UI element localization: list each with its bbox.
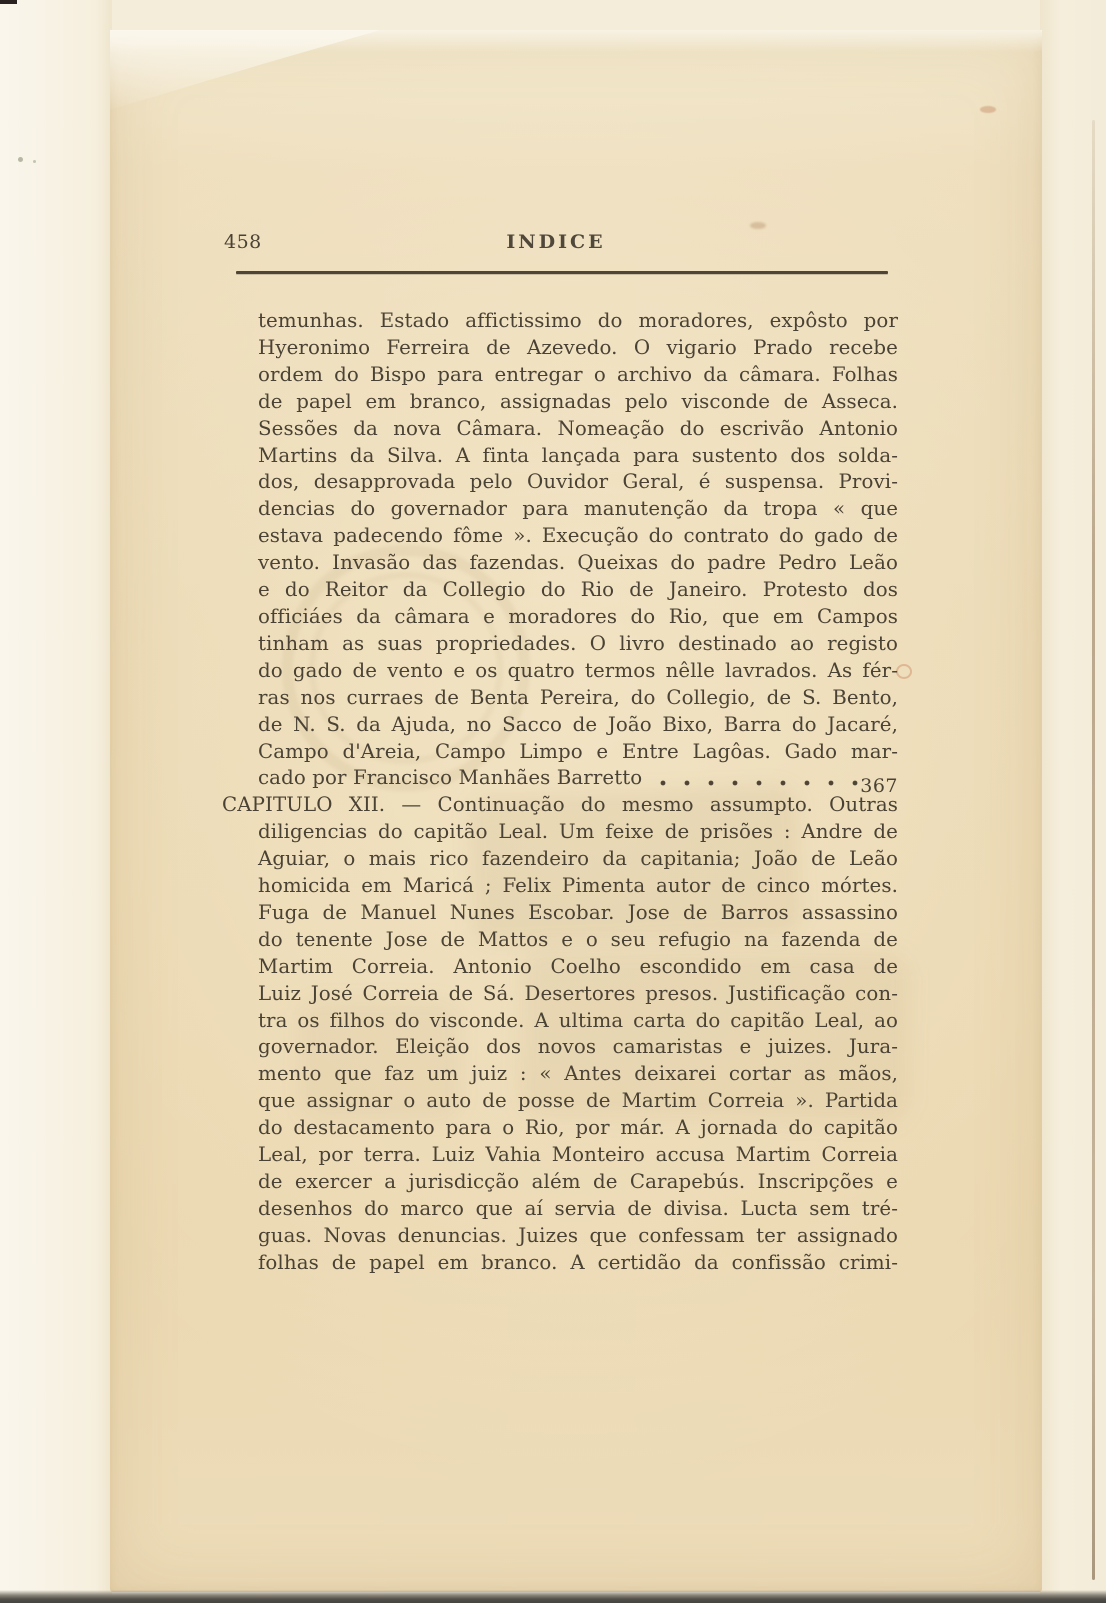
underlying-page-left-edge — [0, 0, 112, 1603]
toc-entry-continuation: temunhas. Estado affictissimo do morador… — [222, 308, 898, 792]
text-line: temunhas. Estado affictissimo do morador… — [258, 308, 898, 335]
chapter-lines: diligencias do capitão Leal. Um feixe de… — [258, 819, 898, 1276]
text-line: Sessões da nova Câmara. Nomeação do escr… — [258, 416, 898, 443]
text-line: tinham as suas propriedades. O livro des… — [258, 631, 898, 658]
text-line: Leal, por terra. Luiz Vahia Monteiro acc… — [258, 1142, 898, 1169]
page-reference: 367 — [860, 773, 898, 800]
text-line: officiáes da câmara e moradores do Rio, … — [258, 604, 898, 631]
text-line: ras nos curraes de Benta Pereira, do Col… — [258, 685, 898, 712]
index-title: INDICE — [222, 231, 890, 253]
text-line: Fuga de Manuel Nunes Escobar. Jose de Ba… — [258, 900, 898, 927]
scan-corner-mark — [0, 0, 17, 4]
header-rule — [236, 271, 888, 274]
leader-text: cado por Francisco Manhães Barretto — [258, 765, 642, 792]
text-line: dos, desapprovada pelo Ouvidor Geral, é … — [258, 469, 898, 496]
index-text-block: temunhas. Estado affictissimo do morador… — [222, 308, 898, 1277]
page-top-highlight — [110, 30, 1042, 52]
text-line: que assignar o auto de posse de Martim C… — [258, 1088, 898, 1115]
text-line: do tenente Jose de Mattos e o seu refugi… — [258, 927, 898, 954]
text-line: ordem do Bispo para entregar o archivo d… — [258, 362, 898, 389]
text-line: vento. Invasão das fazendas. Queixas do … — [258, 550, 898, 577]
text-line: de exercer a jurisdicção além de Carapeb… — [258, 1169, 898, 1196]
scan-bottom-edge — [0, 1590, 1106, 1603]
text-line: Martim Correia. Antonio Coelho escondido… — [258, 954, 898, 981]
text-line: Luiz José Correia de Sá. Desertores pres… — [258, 981, 898, 1008]
toc-entry-chapter-12: CAPITULO XII. — Continuação do mesmo ass… — [222, 792, 898, 1276]
paper-stain — [980, 106, 996, 113]
paper-stain — [896, 664, 912, 679]
text-line: do destacamento para o Rio, por már. A j… — [258, 1115, 898, 1142]
text-line: Hyeronimo Ferreira de Azevedo. O vigario… — [258, 335, 898, 362]
printed-content: 458 INDICE temunhas. Estado affictissimo… — [222, 228, 898, 1277]
text-line: do gado de vento e os quatro termos nêll… — [258, 658, 898, 685]
text-line: tra os filhos do visconde. A ultima cart… — [258, 1008, 898, 1035]
text-line: estava padecendo fôme ». Execução do con… — [258, 523, 898, 550]
text-line: homicida em Maricá ; Felix Pimenta autor… — [258, 873, 898, 900]
chapter-heading-line: CAPITULO XII. — Continuação do mesmo ass… — [222, 792, 898, 819]
text-line: folhas de papel em branco. A certidão da… — [258, 1250, 898, 1277]
text-line: desenhos do marco que aí servia de divis… — [258, 1196, 898, 1223]
leader-line: cado por Francisco Manhães Barretto 367 — [258, 765, 898, 792]
text-line: dencias do governador para manutenção da… — [258, 496, 898, 523]
text-line: mento que faz um juiz : « Antes deixarei… — [258, 1061, 898, 1088]
dot-leader — [658, 770, 858, 792]
text-line: Aguiar, o mais rico fazendeiro da capita… — [258, 846, 898, 873]
text-line: governador. Eleição dos novos camaristas… — [258, 1034, 898, 1061]
text-line: Martins da Silva. A finta lançada para s… — [258, 443, 898, 470]
text-line: diligencias do capitão Leal. Um feixe de… — [258, 819, 898, 846]
text-line: de N. S. da Ajuda, no Sacco de João Bixo… — [258, 712, 898, 739]
text-line: guas. Novas denuncias. Juizes que confes… — [258, 1223, 898, 1250]
underlying-page-right-edge — [1040, 0, 1106, 1603]
text-line: de papel em branco, assignadas pelo visc… — [258, 389, 898, 416]
page-edge-shadow — [1092, 120, 1095, 1580]
paper-stain — [18, 157, 23, 162]
text-line: e do Reitor da Collegio do Rio de Janeir… — [258, 577, 898, 604]
continuation-lines: temunhas. Estado affictissimo do morador… — [258, 308, 898, 765]
text-line: Campo d'Areia, Campo Limpo e Entre Lagôa… — [258, 739, 898, 766]
running-header: 458 INDICE — [222, 228, 898, 258]
